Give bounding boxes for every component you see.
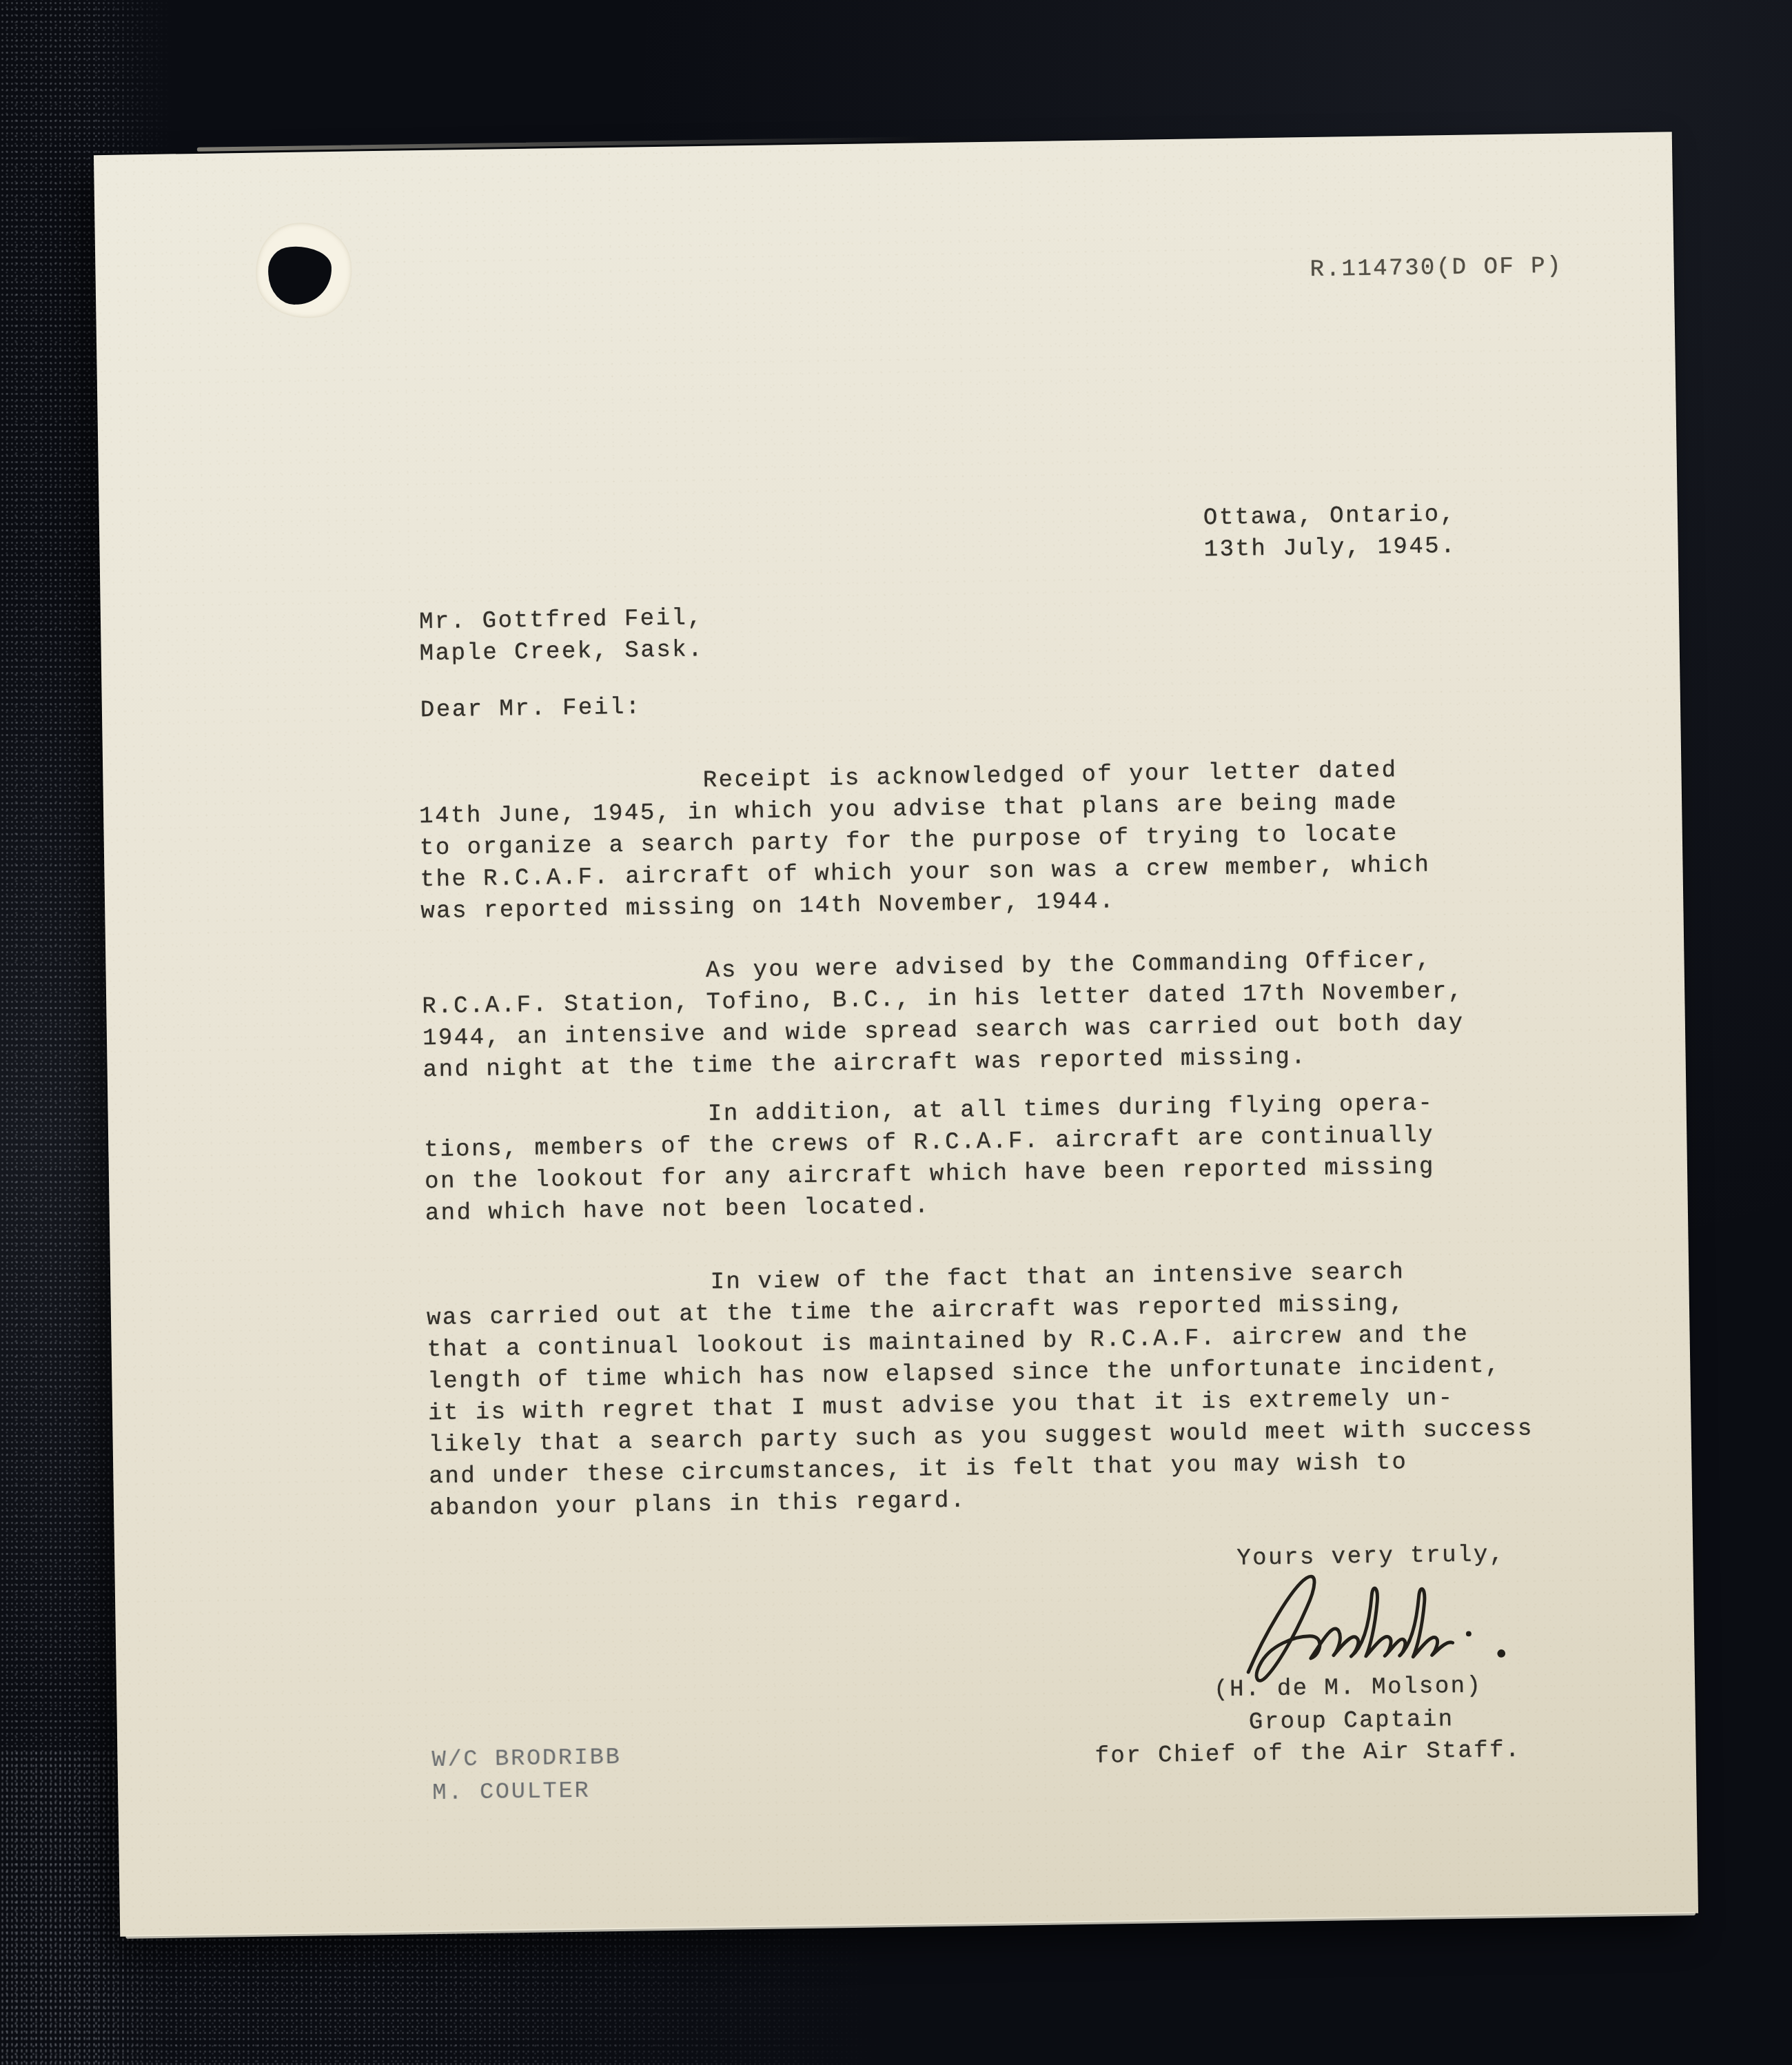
file-reference-number: R.114730(D OF P) [1310,251,1562,286]
recipient-address: Mr. Gottfred Feil, Maple Creek, Sask. [419,602,704,670]
salutation: Dear Mr. Feil: [420,691,642,726]
place-and-date: Ottawa, Ontario, 13th July, 1945. [1203,499,1457,566]
signatory-capacity: for Chief of the Air Staff. [1094,1735,1521,1773]
letter-paper: R.114730(D OF P) Ottawa, Ontario, 13th J… [94,132,1698,1937]
body-paragraph: Receipt is acknowledged of your letter d… [418,754,1431,928]
scanned-letter-scene: R.114730(D OF P) Ottawa, Ontario, 13th J… [0,0,1792,2065]
torn-hole-opening [267,245,333,305]
signatory-rank: Group Captain [1249,1704,1454,1738]
signatory-name: (H. de M. Molson) [1214,1670,1483,1706]
body-paragraph: In view of the fact that an intensive se… [426,1254,1535,1525]
routing-stamp: W/C BRODRIBB M. COULTER [431,1741,622,1810]
torn-hole [249,216,359,326]
body-paragraph: In addition, at all times during flying … [423,1088,1435,1230]
body-paragraph: As you were advised by the Commanding Of… [421,944,1465,1086]
